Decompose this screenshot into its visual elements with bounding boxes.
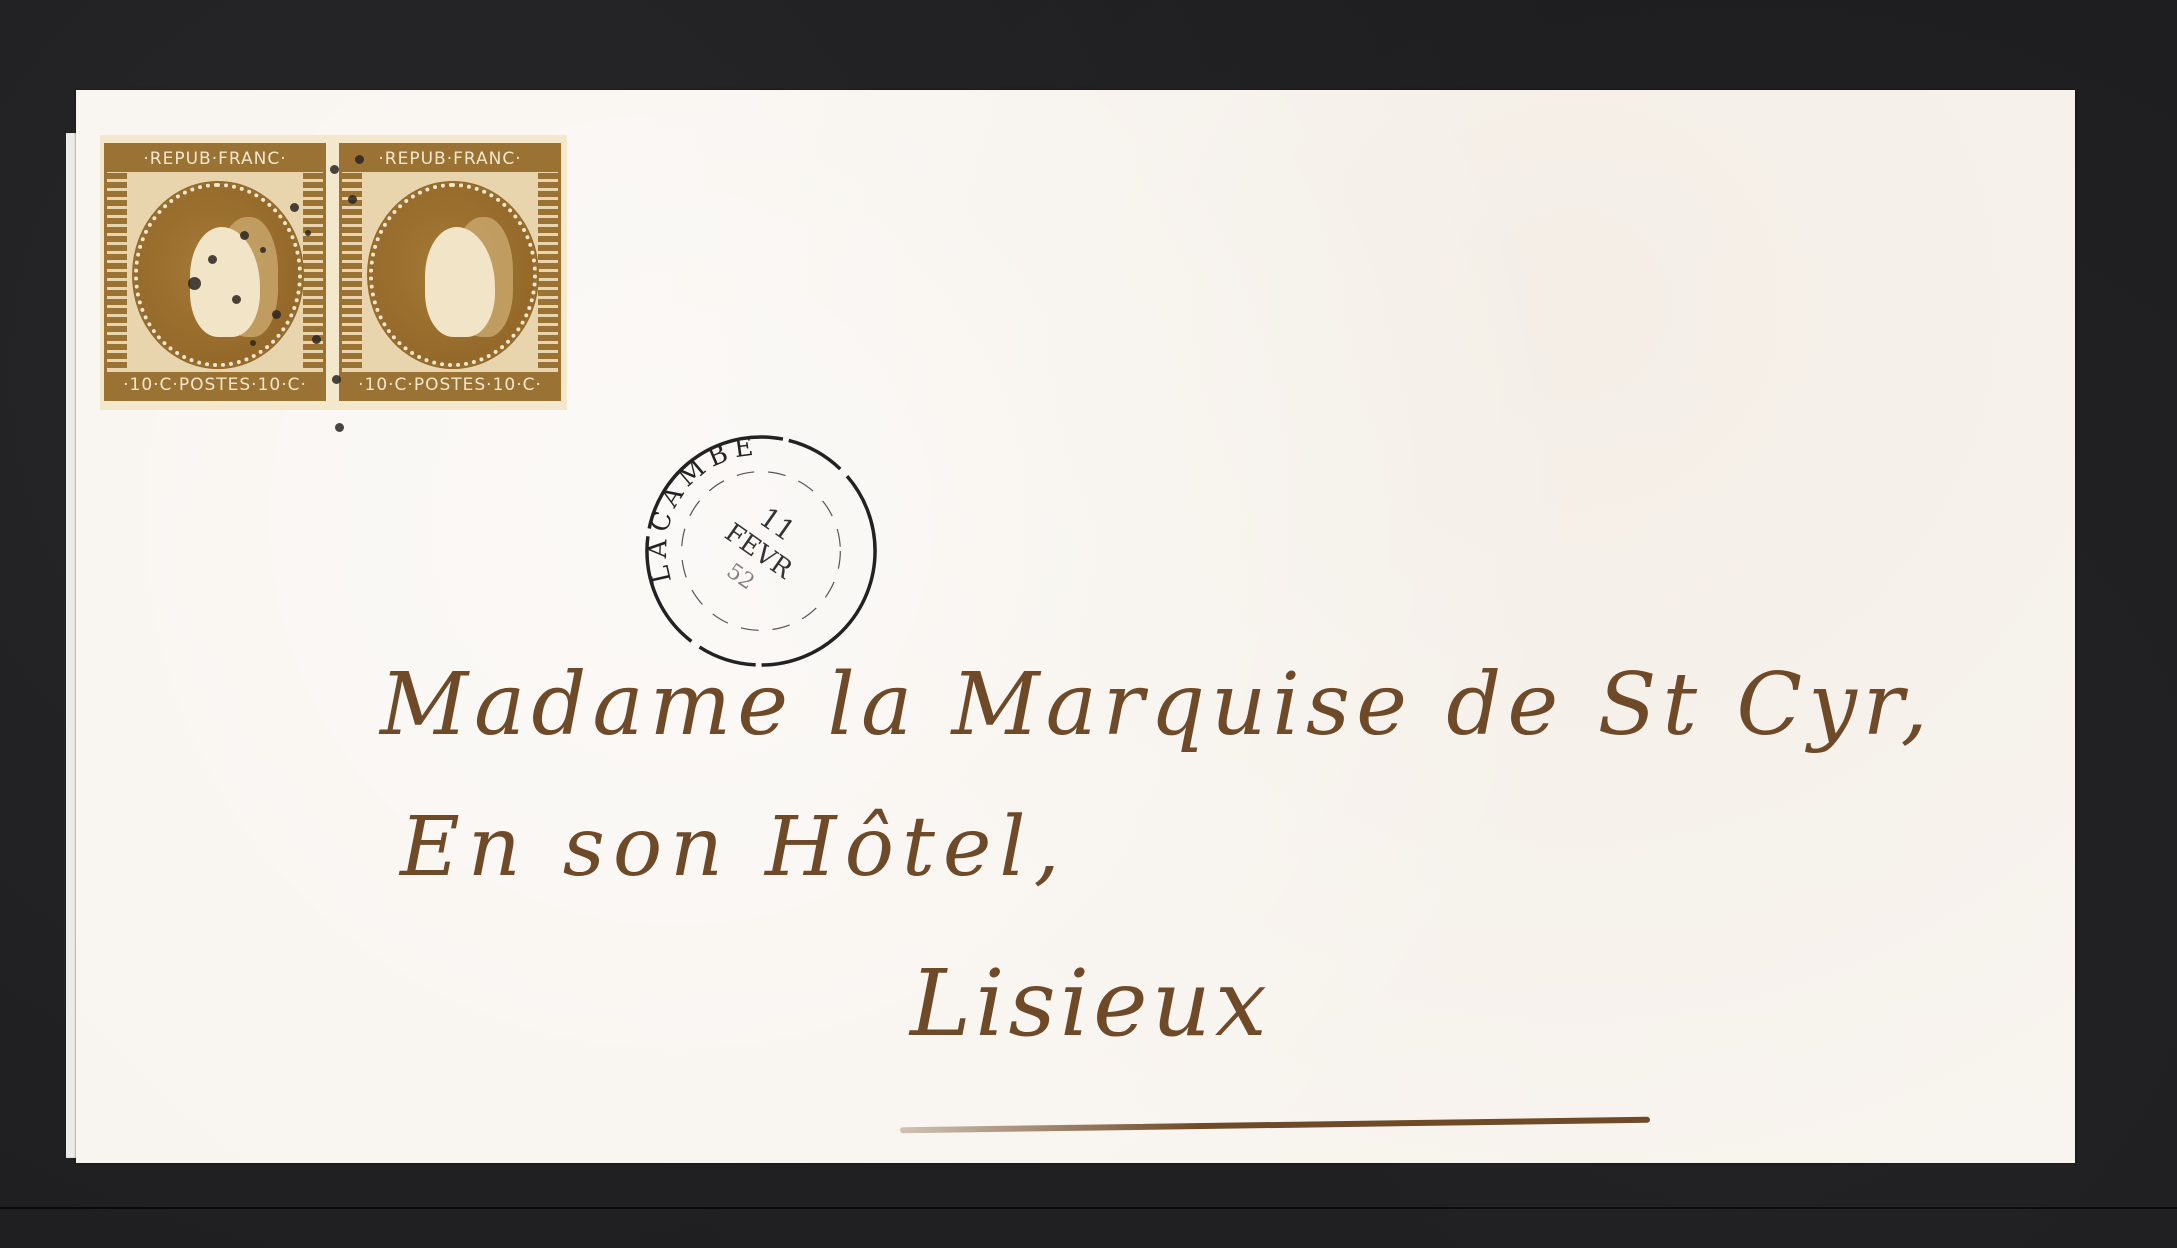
stamp-left: ·REPUB·FRANC· ·10·C·POSTES·10·C· xyxy=(104,143,326,401)
stamp-right: ·REPUB·FRANC· ·10·C·POSTES·10·C· xyxy=(339,143,561,401)
stamp-top-label: ·REPUB·FRANC· xyxy=(107,146,323,172)
address-line-1: Madame la Marquise de St Cyr, xyxy=(380,655,1934,755)
stamp-bottom-label: ·10·C·POSTES·10·C· xyxy=(107,372,323,398)
ceres-medallion-icon xyxy=(369,183,537,367)
mount-edge-line xyxy=(0,1207,2177,1209)
address-line-2: En son Hôtel, xyxy=(400,800,1068,895)
address-line-3: Lisieux xyxy=(910,950,1271,1057)
ceres-medallion-icon xyxy=(134,183,302,367)
stamp-top-label: ·REPUB·FRANC· xyxy=(342,146,558,172)
stamp-bottom-label: ·10·C·POSTES·10·C· xyxy=(342,372,558,398)
stamp-pair: ·REPUB·FRANC· ·10·C·POSTES·10·C· ·REPUB·… xyxy=(100,135,567,410)
postmark-cancel: LACAMBE 11 FEVR 52 xyxy=(642,432,880,670)
